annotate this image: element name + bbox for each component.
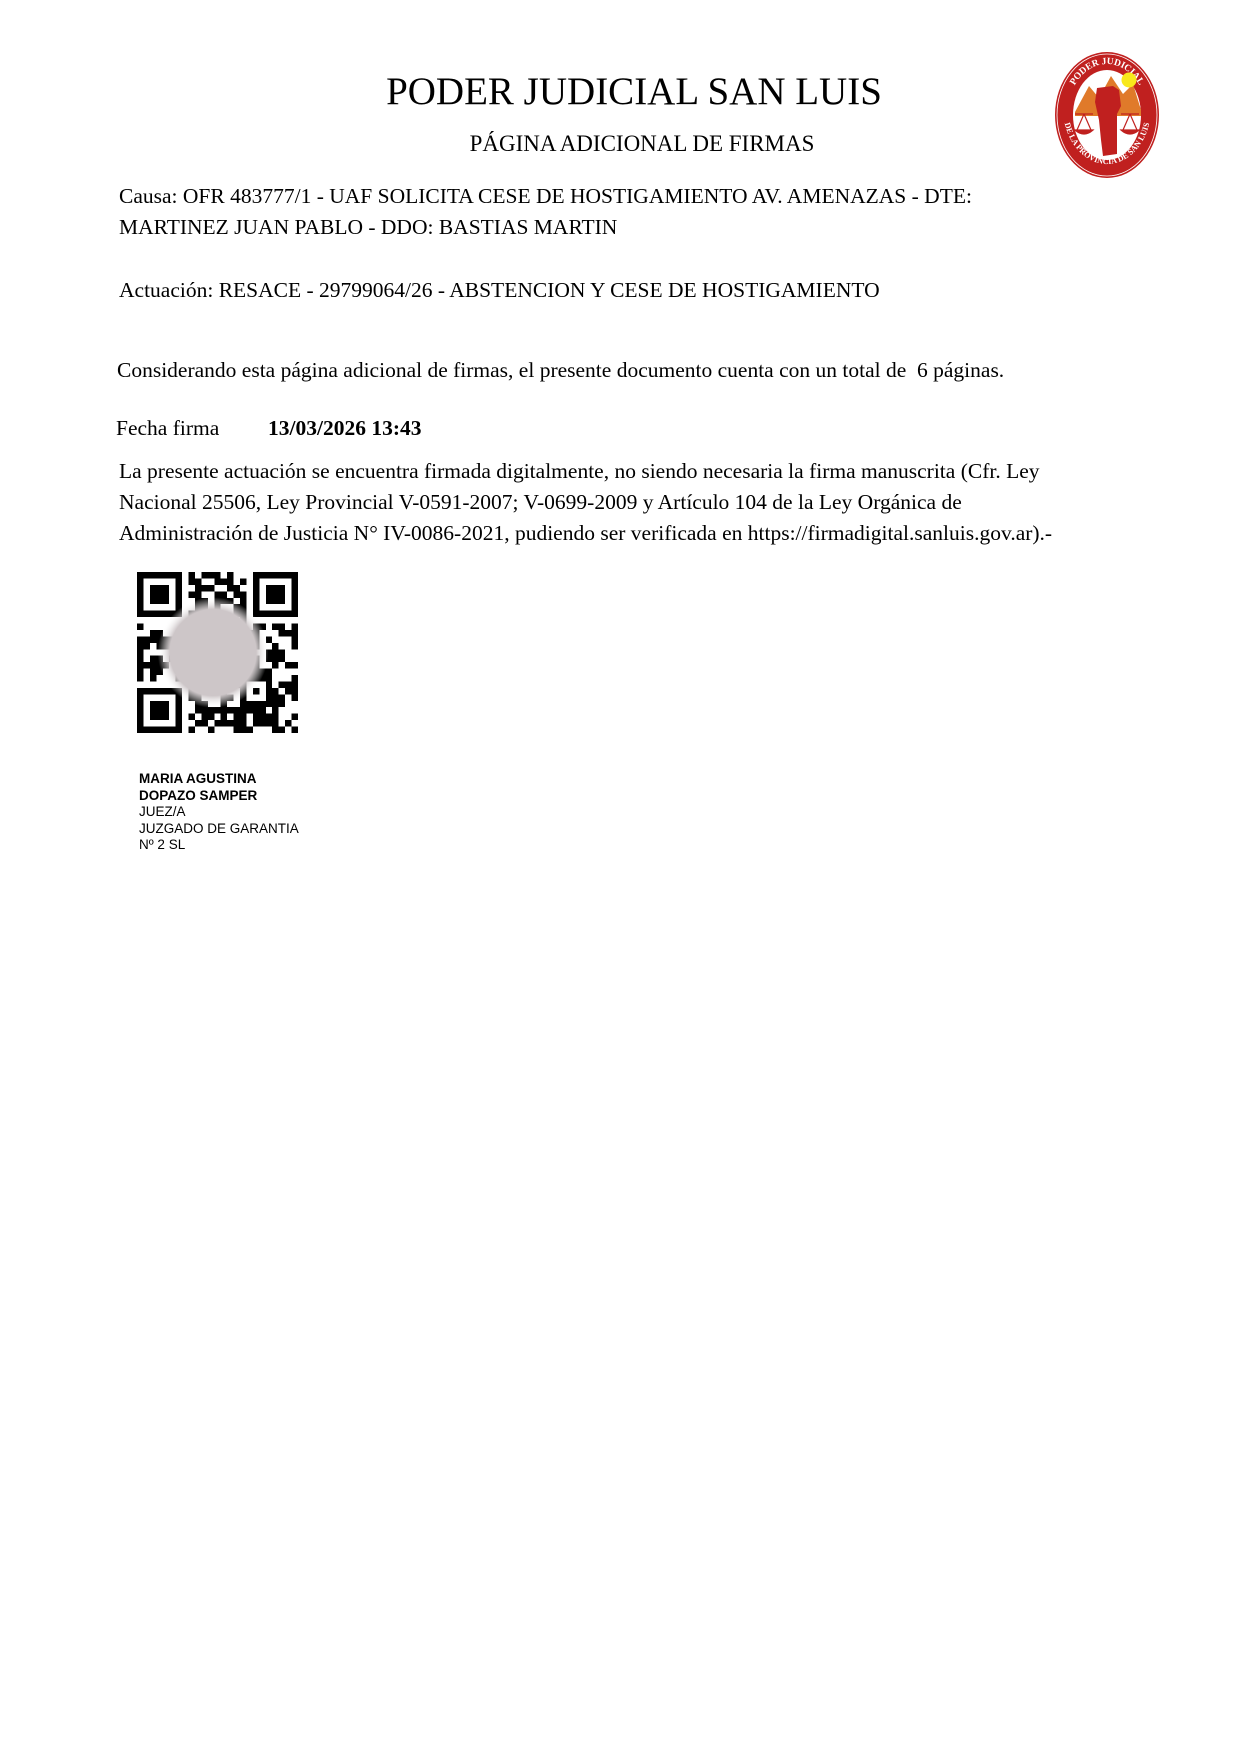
signer-court-line-2: Nº 2 SL bbox=[139, 837, 299, 854]
legal-line-1: La presente actuación se encuentra firma… bbox=[119, 456, 1052, 487]
judicial-seal-logo: PODER JUDICIAL DE LA PROVINCIA DE SAN LU… bbox=[1053, 50, 1161, 180]
signer-name-line-1: MARIA AGUSTINA bbox=[139, 771, 299, 788]
signer-role: JUEZ/A bbox=[139, 804, 299, 821]
actuacion-text: Actuación: RESACE - 29799064/26 - ABSTEN… bbox=[119, 275, 880, 306]
seal-emblem-icon: PODER JUDICIAL DE LA PROVINCIA DE SAN LU… bbox=[1053, 50, 1161, 180]
signature-date-label: Fecha firma bbox=[116, 413, 219, 444]
causa-line-1: Causa: OFR 483777/1 - UAF SOLICITA CESE … bbox=[119, 181, 972, 212]
signer-court-line-1: JUZGADO DE GARANTIA bbox=[139, 821, 299, 838]
digital-signature-notice: La presente actuación se encuentra firma… bbox=[119, 456, 1052, 549]
page-count-statement: Considerando esta página adicional de fi… bbox=[117, 355, 1004, 386]
legal-line-3: Administración de Justicia N° IV-0086-20… bbox=[119, 518, 1052, 549]
signature-date-value: 13/03/2026 13:43 bbox=[268, 413, 421, 444]
qr-code-icon bbox=[137, 572, 298, 733]
causa-line-2: MARTINEZ JUAN PABLO - DDO: BASTIAS MARTI… bbox=[119, 212, 972, 243]
signer-block: MARIA AGUSTINA DOPAZO SAMPER JUEZ/A JUZG… bbox=[139, 771, 299, 854]
causa-block: Causa: OFR 483777/1 - UAF SOLICITA CESE … bbox=[119, 181, 972, 243]
signer-name-line-2: DOPAZO SAMPER bbox=[139, 788, 299, 805]
legal-line-2: Nacional 25506, Ley Provincial V-0591-20… bbox=[119, 487, 1052, 518]
